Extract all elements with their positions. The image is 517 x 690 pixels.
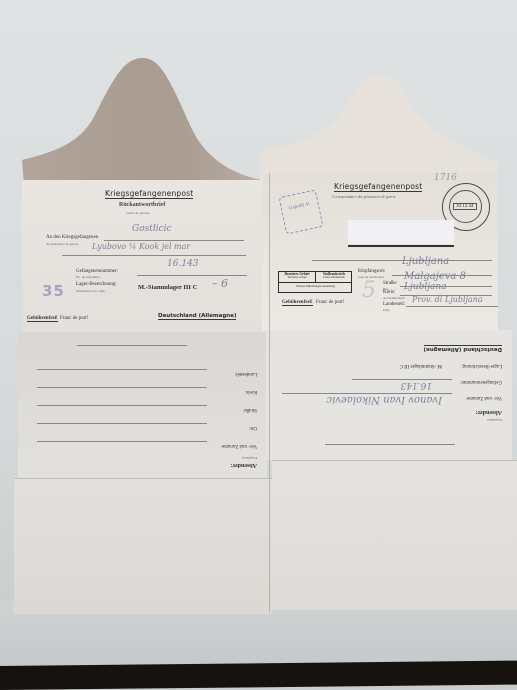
left-sender-title: Absender: [230, 462, 257, 468]
right-sender-block: Deutschland (Allemagne) Lager-Bezeichnun… [266, 330, 512, 460]
notice-box-left-fr: Territoire occupé [279, 276, 315, 279]
prisoner-number-label-fr: No. du prisonnier [76, 275, 100, 279]
addressee-name: Gostlicic [132, 224, 172, 234]
postage-free-fr: Franc de port! [60, 316, 88, 321]
district-value: Ljubljana [404, 282, 447, 292]
addressee-label-fr: Au prisonnier de guerre [46, 242, 78, 246]
right-address-card: Kriegsgefangenenpost Correspondance des … [262, 173, 498, 331]
left-flap [20, 55, 265, 185]
sender-field-district: Kreis: [245, 389, 257, 394]
camp-value: M.-Stammlager III C [138, 284, 197, 291]
destination-value: Ljubljana [402, 256, 449, 267]
right-sender-country: Deutschland (Allemagne) [424, 345, 502, 352]
right-sender-name: Ivanov Ivan Nikolaevic [326, 394, 442, 405]
prisoner-number-label: Gefangenennummer: [76, 269, 118, 274]
notice-box: Besetztes Gebiet Territoire occupé Südfr… [278, 271, 352, 293]
faint-stamp: 5 [362, 278, 376, 303]
right-fold-crease [272, 460, 517, 461]
postmark-date: 30.12.44 [453, 203, 477, 210]
right-sender-camp: M.-Stammlager III C [400, 363, 442, 368]
dark-table-edge [0, 661, 517, 690]
postage-free: Gebührenfrei! [27, 316, 58, 322]
right-postage-free: Gebührenfrei! [282, 300, 313, 306]
right-blank-panel [272, 460, 517, 610]
district-label-fr: Arrondissement [383, 296, 405, 300]
left-sender-block: Absender: Expéditeur Vor- und Zuname: Or… [18, 332, 267, 478]
camp-label-fr: Désignation du camp [76, 289, 105, 293]
left-title: Kriegsgefangenenpost [105, 189, 193, 199]
camp-label: Lager-Bezeichnung: [76, 282, 117, 287]
left-fold-crease [14, 478, 272, 479]
country: Deutschland (Allemagne) [158, 313, 236, 320]
sender-field-region: Landesteil: [235, 371, 257, 376]
street-label: Straße: [383, 281, 397, 286]
region-value: Prov. di Ljubljana [412, 295, 483, 304]
pencil-mark: 1716 [434, 173, 457, 183]
camp-suffix: – 6 [212, 277, 228, 290]
notice-box-right-fr: France méridionale [316, 276, 352, 279]
sender-field-street: Straße: [243, 407, 257, 412]
left-reply-card: Kriegsgefangenenpost Rückantwortbrief Le… [22, 180, 262, 332]
right-sender-title-fr: Expéditeur [487, 418, 502, 422]
region-label-fr: Dépt. [383, 308, 390, 312]
sender-field-place: Ort: [249, 425, 257, 430]
right-sender-name-label: Vor- und Zuname: [466, 395, 502, 400]
sender-field-name: Vor- und Zuname: [221, 443, 257, 448]
notice-box-bottom: Weitere Mitteilungen unzulässig [279, 284, 352, 288]
right-sender-number: 16.143 [401, 380, 433, 390]
right-sender-number-label: Gefangenennummer: [460, 379, 502, 384]
left-subtitle-fr: Lettre de réponse [126, 211, 150, 215]
region-label: Landesteil: [383, 302, 405, 307]
prisoner-number: 16.143 [167, 259, 199, 269]
right-title: Kriegsgefangenenpost [334, 182, 422, 192]
left-sender-title-fr: Expéditeur [242, 456, 257, 460]
censor-stamp: Geprüft 41 [278, 189, 323, 234]
stamp-35: 35 [42, 282, 65, 300]
district-label: Kreis: [383, 290, 395, 295]
left-subtitle: Rückantwortbrief [119, 202, 165, 208]
right-postage-free-fr: Franc de port! [316, 300, 344, 305]
addressee-label: An den Kriegsgefangenen [46, 235, 98, 240]
street-value: Malgajeva 8 [404, 271, 466, 282]
left-blank-panel [14, 478, 272, 614]
center-fold [269, 173, 270, 613]
destination-label: Empfangsort: [358, 269, 385, 274]
destination-label-fr: Lieu de destination [358, 275, 384, 279]
addressee-line2: Lyubovo ¼ Kook jel mar [92, 242, 190, 251]
right-subtitle-fr: Correspondance des prisonniers de guerre [332, 195, 396, 199]
redaction-label [348, 220, 454, 244]
right-flap [260, 72, 500, 182]
right-sender-camp-label: Lager-Bezeichnung: [461, 363, 502, 368]
right-sender-title: Absender: [475, 409, 502, 415]
right-signature-line [325, 444, 455, 445]
